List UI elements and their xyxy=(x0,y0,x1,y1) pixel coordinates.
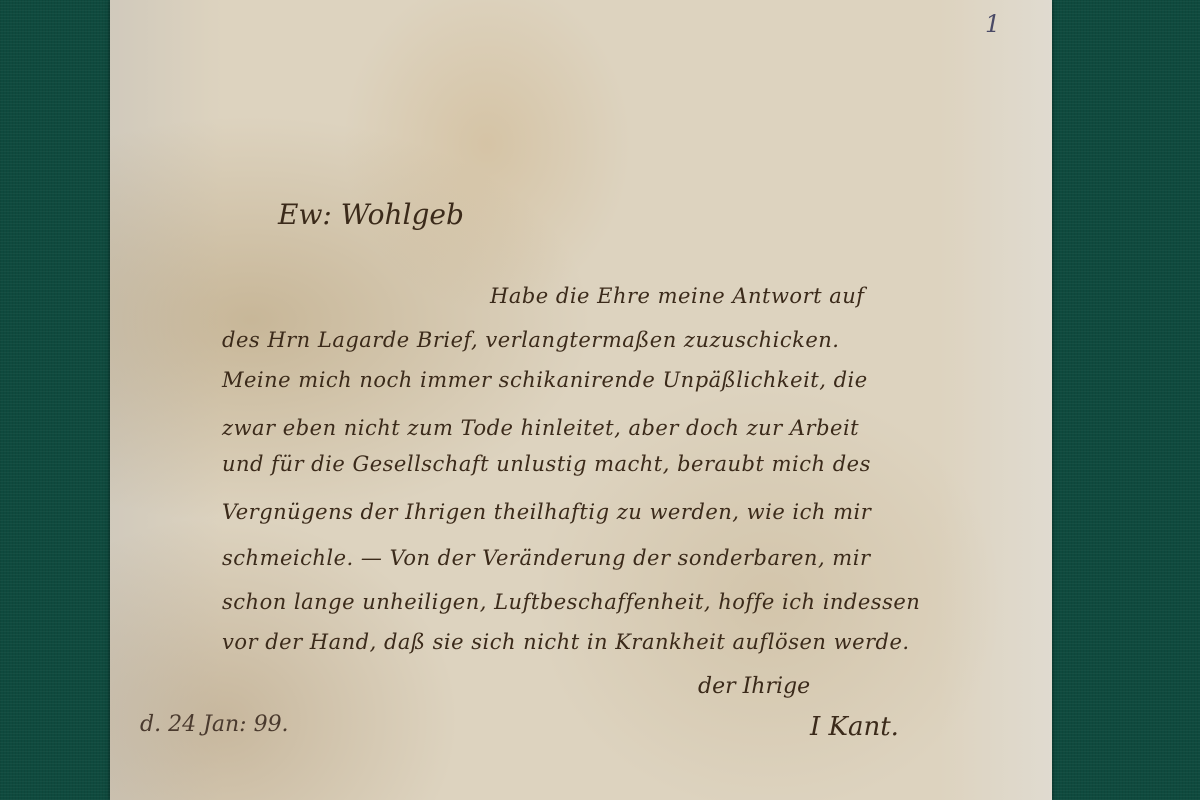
page-number: 1 xyxy=(985,10,1000,38)
letter-line: schmeichle. — Von der Veränderung der so… xyxy=(222,546,870,570)
salutation: Ew: Wohlgeb xyxy=(278,198,464,231)
letter-line: Meine mich noch immer schikanirende Unpä… xyxy=(222,368,868,392)
letter-line: des Hrn Lagarde Brief, verlangtermaßen z… xyxy=(222,328,839,352)
letter-line: zwar eben nicht zum Tode hinleitet, aber… xyxy=(222,416,859,440)
letter-line: und für die Gesellschaft unlustig macht,… xyxy=(222,452,871,476)
letter-line: Vergnügens der Ihrigen theilhaftig zu we… xyxy=(222,500,871,524)
letter-line: vor der Hand, daß sie sich nicht in Kran… xyxy=(222,630,910,654)
letter-line: schon lange unheiligen, Luftbeschaffenhe… xyxy=(222,590,920,614)
letter-paper: 1 Ew: Wohlgeb Habe die Ehre meine Antwor… xyxy=(110,0,1052,800)
date-note: d. 24 Jan: 99. xyxy=(140,712,289,737)
signature: I Kant. xyxy=(810,712,899,742)
letter-line: Habe die Ehre meine Antwort auf xyxy=(490,284,865,308)
closing: der Ihrige xyxy=(698,674,810,699)
